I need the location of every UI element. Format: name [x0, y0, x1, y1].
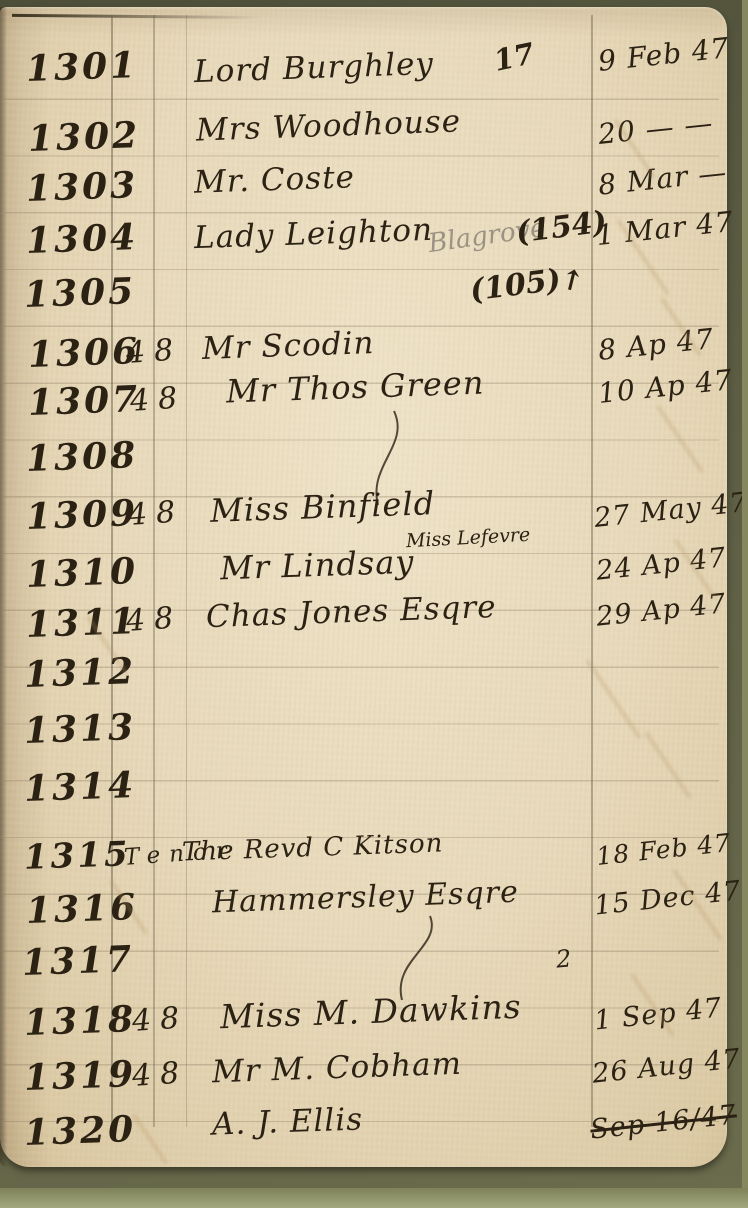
date-column-rule: [591, 15, 593, 1127]
entry-voice-or-size: 48: [129, 383, 187, 417]
frame-bottom-strip: [0, 1188, 748, 1208]
ink-bleedthrough: [132, 1113, 169, 1165]
entry-date: Sep 16/47: [589, 1101, 738, 1143]
reference-number: (154): [515, 208, 609, 249]
entry-number: 1314: [23, 767, 136, 807]
entry-date: 29 Ap 47: [595, 590, 728, 631]
column-rule-2: [153, 15, 155, 1127]
entry-voice-or-size: 48: [127, 497, 185, 531]
entry-number: 1307: [27, 381, 140, 421]
entry-name: Mr. Coste: [194, 162, 356, 199]
ink-bleedthrough: [656, 405, 704, 474]
ledger-page: 1301Lord Burghley179 Feb 471302Mrs Woodh…: [0, 7, 727, 1167]
entry-date: 8 Mar —: [597, 158, 729, 199]
entry-date: 9 Feb 47: [597, 34, 731, 76]
entry-name: Mr M. Cobham: [212, 1049, 463, 1089]
entry-date: 1 Sep 47: [593, 994, 724, 1034]
entry-number: 1303: [25, 167, 138, 207]
entry-number: 1305: [23, 273, 136, 313]
entry-number: 1318: [23, 1001, 136, 1041]
reference-number: (105): [469, 266, 563, 307]
entry-name: A. J. Ellis: [212, 1104, 364, 1140]
entry-date: 20 — —: [597, 109, 715, 149]
entry-date: 8 Ap 47: [597, 325, 716, 365]
entry-number: 1313: [23, 709, 136, 749]
entry-number: 1302: [27, 117, 140, 157]
entry-number: 1301: [25, 47, 138, 87]
entry-name: Lord Burghley: [194, 49, 435, 88]
name-annotation: Miss Lefevre: [406, 526, 531, 551]
entry-voice-or-size: 48: [125, 335, 183, 369]
superscript-note: 2: [555, 946, 572, 971]
entry-date: 26 Aug 47: [591, 1045, 742, 1087]
entry-number: 1316: [25, 889, 138, 929]
ink-bleedthrough: [644, 731, 692, 800]
entry-name: Lady Leighton: [194, 215, 434, 254]
entry-date: 10 Ap 47: [597, 366, 734, 408]
entry-date: 18 Feb 47: [595, 830, 732, 869]
entry-number: 1312: [23, 653, 136, 693]
entry-name: Hammersley Esqre: [212, 878, 520, 919]
ink-bleedthrough: [585, 659, 641, 740]
entry-name: Chas Jones Esqre: [206, 592, 498, 633]
entry-voice-or-size: 48: [125, 603, 183, 637]
entry-name: Miss Binfield: [210, 487, 436, 527]
entry-date: 1 Mar 47: [595, 208, 735, 250]
entry-date: 24 Ap 47: [595, 544, 728, 585]
entry-number: 1308: [25, 437, 138, 477]
entry-name: Miss M. Dawkins: [220, 990, 523, 1034]
entry-number: 1310: [25, 553, 138, 593]
entry-number: 1309: [25, 495, 138, 535]
page-top-edge: [12, 14, 262, 19]
frame-right-edge: [742, 0, 748, 1208]
entry-voice-or-size: 48: [131, 1003, 189, 1037]
entry-count: 17: [491, 39, 537, 76]
column-rule-3: [186, 15, 187, 1127]
entry-voice-or-size: 48: [131, 1058, 189, 1092]
entry-name: The Revd C Kitson: [182, 830, 444, 865]
entry-number: 1311: [25, 603, 138, 643]
entry-number: 1317: [21, 941, 134, 981]
scan-frame: 1301Lord Burghley179 Feb 471302Mrs Woodh…: [0, 0, 748, 1208]
pen-mark: ↑: [557, 265, 587, 298]
entry-name: Mr Thos Green: [226, 367, 485, 408]
entry-name: Mr Lindsay: [220, 546, 415, 585]
entry-name: Mrs Woodhouse: [196, 106, 462, 146]
entry-date: 15 Dec 47: [593, 877, 743, 919]
entry-date: 27 May 47: [593, 489, 748, 532]
entry-number: 1306: [27, 333, 140, 373]
entry-number: 1319: [23, 1056, 136, 1096]
entry-number: 1304: [25, 219, 138, 259]
entry-number: 1315: [23, 837, 131, 875]
entry-name: Mr Scodin: [202, 328, 375, 365]
binding-shadow: [0, 7, 7, 1167]
entry-number: 1320: [23, 1111, 136, 1151]
